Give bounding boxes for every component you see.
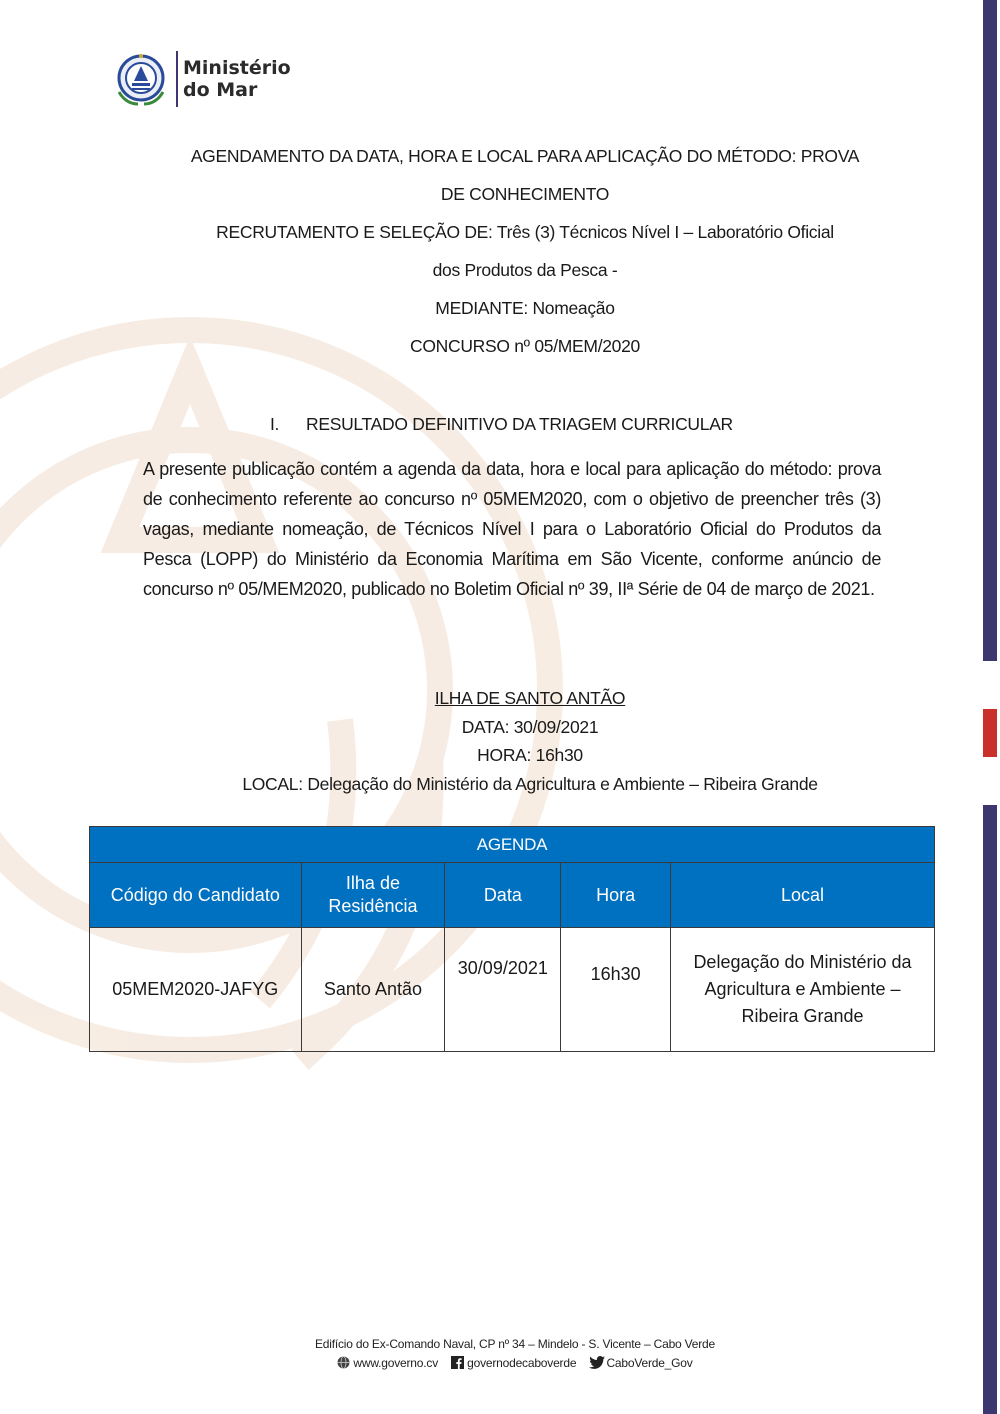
agenda-table: AGENDA Código do Candidato Ilha de Resid… <box>89 826 935 1052</box>
side-bar-navy-bottom <box>983 805 997 1414</box>
page-footer: Edifício do Ex-Comando Naval, CP nº 34 –… <box>0 1335 1000 1373</box>
title-line: MEDIANTE: Nomeação <box>150 294 900 332</box>
column-header-text: Ilha de Residência <box>323 872 423 918</box>
footer-link-website[interactable]: www.governo.cv <box>353 1356 438 1370</box>
title-line: AGENDAMENTO DA DATA, HORA E LOCAL PARA A… <box>150 142 900 180</box>
table-row: 05MEM2020-JAFYG Santo Antão 30/09/2021 1… <box>90 928 935 1052</box>
title-line: DE CONHECIMENTO <box>150 180 900 218</box>
twitter-icon <box>589 1356 605 1369</box>
cell-date: 30/09/2021 <box>445 928 561 1052</box>
logo-text: Ministério do Mar <box>183 57 291 101</box>
island-name: ILHA DE SANTO ANTÃO <box>150 684 910 713</box>
coat-of-arms-icon <box>110 48 172 110</box>
column-header: Ilha de Residência <box>301 863 445 928</box>
agenda-title: AGENDA <box>90 827 935 863</box>
island-date: DATA: 30/09/2021 <box>150 713 910 742</box>
column-header: Local <box>671 863 935 928</box>
logo-line-2: do Mar <box>183 79 291 101</box>
island-location: LOCAL: Delegação do Ministério da Agricu… <box>150 770 910 799</box>
logo-divider <box>176 51 178 107</box>
footer-links: www.governo.cv governodecaboverde CaboVe… <box>0 1354 1000 1373</box>
facebook-icon <box>451 1356 464 1369</box>
section-heading: I.RESULTADO DEFINITIVO DA TRIAGEM CURRIC… <box>270 414 733 435</box>
title-line: RECRUTAMENTO E SELEÇÃO DE: Três (3) Técn… <box>150 218 900 256</box>
logo-line-1: Ministério <box>183 57 291 79</box>
footer-link-twitter[interactable]: CaboVerde_Gov <box>606 1356 692 1370</box>
island-info: ILHA DE SANTO ANTÃO DATA: 30/09/2021 HOR… <box>150 684 910 798</box>
footer-address: Edifício do Ex-Comando Naval, CP nº 34 –… <box>0 1335 1000 1354</box>
side-bar-navy-top <box>983 0 997 661</box>
cell-location: Delegação do Ministério da Agricultura e… <box>671 928 935 1052</box>
cell-location-text: Delegação do Ministério da Agricultura e… <box>683 949 923 1030</box>
cell-code: 05MEM2020-JAFYG <box>90 928 302 1052</box>
column-header: Código do Candidato <box>90 863 302 928</box>
cell-island: Santo Antão <box>301 928 445 1052</box>
globe-icon <box>337 1356 350 1369</box>
footer-link-facebook[interactable]: governodecaboverde <box>467 1356 576 1370</box>
section-title: RESULTADO DEFINITIVO DA TRIAGEM CURRICUL… <box>306 414 733 434</box>
cell-time: 16h30 <box>561 928 671 1052</box>
section-number: I. <box>270 414 306 435</box>
title-line: CONCURSO nº 05/MEM/2020 <box>150 332 900 370</box>
body-paragraph: A presente publicação contém a agenda da… <box>143 454 881 604</box>
side-bar-red <box>983 709 997 757</box>
ministry-logo: Ministério do Mar <box>110 48 291 110</box>
column-header: Hora <box>561 863 671 928</box>
island-time: HORA: 16h30 <box>150 741 910 770</box>
document-title: AGENDAMENTO DA DATA, HORA E LOCAL PARA A… <box>150 142 900 370</box>
title-line: dos Produtos da Pesca - <box>150 256 900 294</box>
column-header: Data <box>445 863 561 928</box>
